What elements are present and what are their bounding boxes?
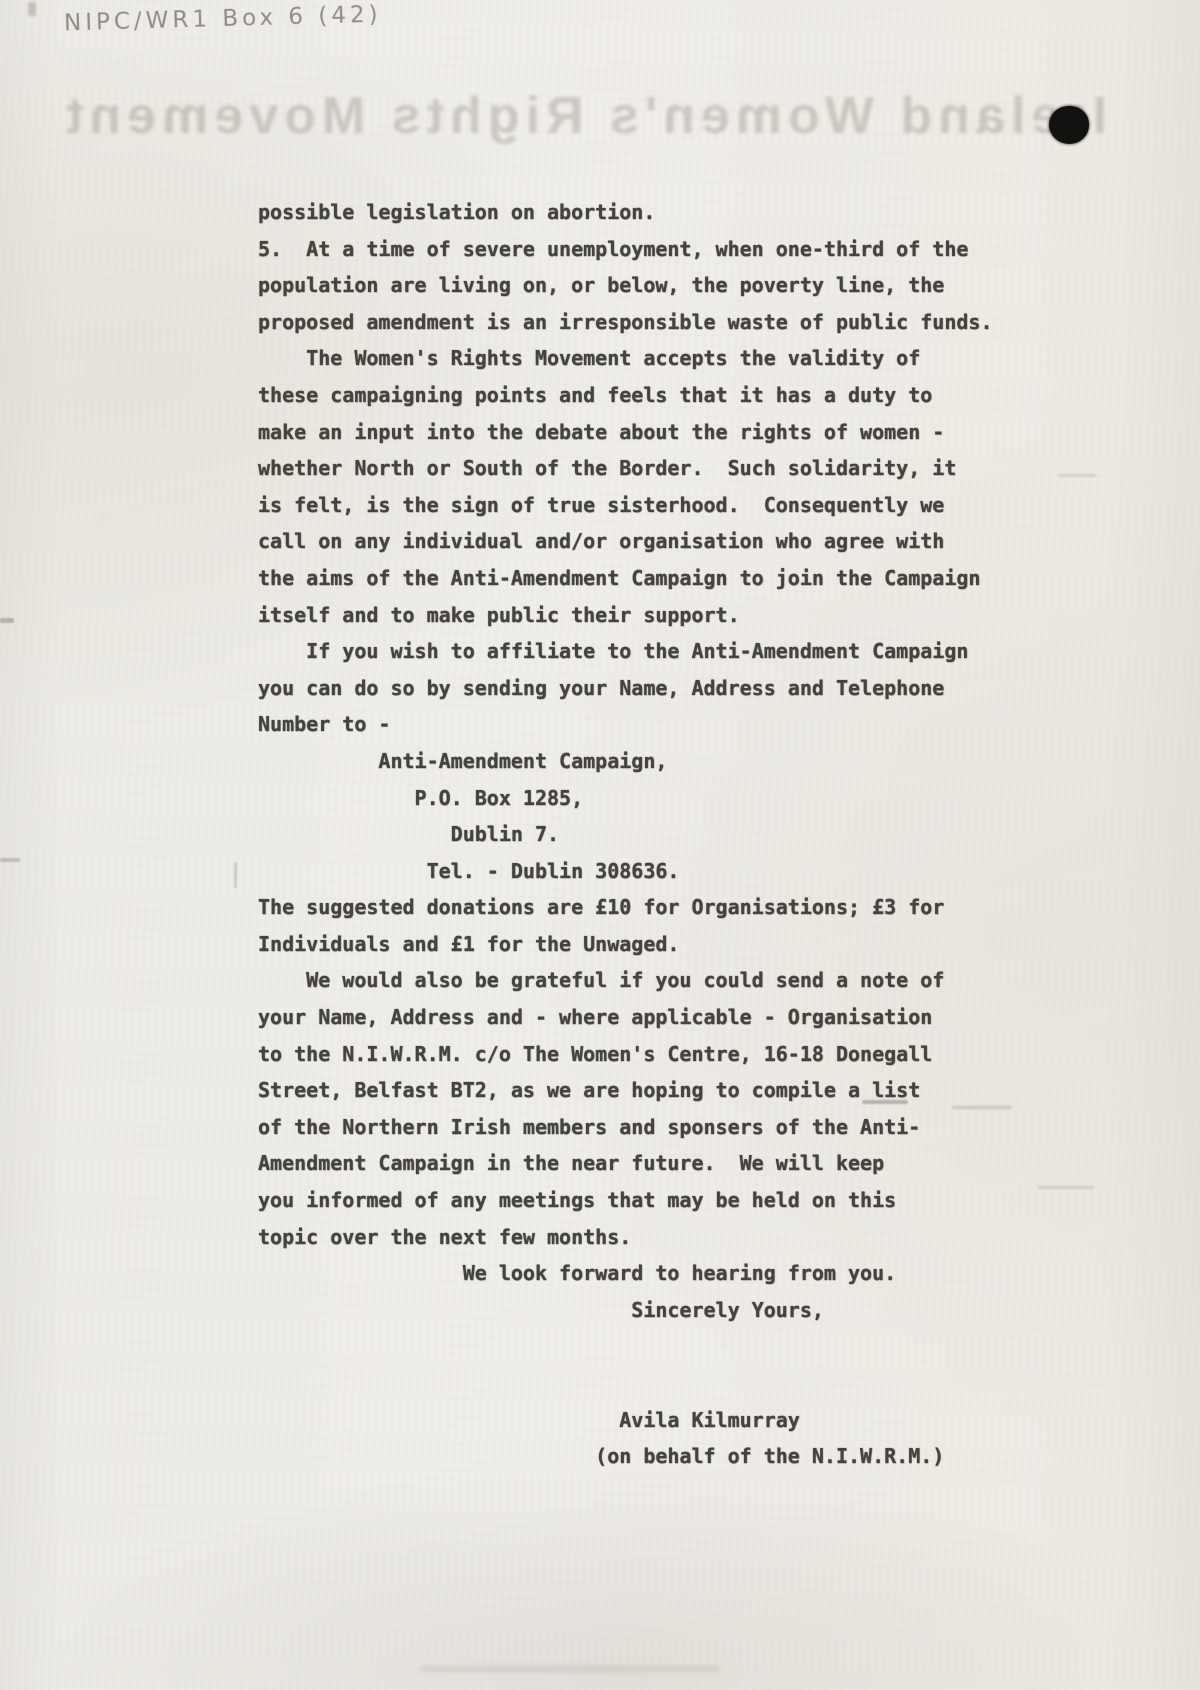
letter-line [258, 1365, 993, 1402]
letter-line: P.O. Box 1285, [258, 780, 993, 817]
letter-line: to the N.I.W.R.M. c/o The Women's Centre… [258, 1036, 993, 1073]
letter-body: possible legislation on abortion.5. At a… [258, 194, 993, 1475]
letter-line: Amendment Campaign in the near future. W… [258, 1145, 993, 1182]
letter-line: The suggested donations are £10 for Orga… [258, 889, 993, 926]
smudge-mark [1038, 1186, 1094, 1189]
letter-line: your Name, Address and - where applicabl… [258, 999, 993, 1036]
letter-line: 5. At a time of severe unemployment, whe… [258, 231, 993, 268]
scanned-letter-page: NIPC/WR1 Box 6 (42) Ireland Women's Righ… [0, 0, 1200, 1690]
letter-line: you can do so by sending your Name, Addr… [258, 670, 993, 707]
smudge-mark [420, 1666, 720, 1672]
letter-line: Avila Kilmurray [258, 1402, 993, 1439]
letter-line: these campaigning points and feels that … [258, 377, 993, 414]
letter-line: (on behalf of the N.I.W.R.M.) [258, 1438, 993, 1475]
letter-line: is felt, is the sign of true sisterhood.… [258, 487, 993, 524]
letter-line: Individuals and £1 for the Unwaged. [258, 926, 993, 963]
smudge-mark [952, 1106, 1012, 1109]
letter-line: make an input into the debate about the … [258, 414, 993, 451]
smudge-mark [28, 2, 36, 16]
letter-line: topic over the next few months. [258, 1219, 993, 1256]
letter-line: Sincerely Yours, [258, 1292, 993, 1329]
letter-line: We would also be grateful if you could s… [258, 962, 993, 999]
letter-line: Dublin 7. [258, 816, 993, 853]
letter-line: proposed amendment is an irresponsible w… [258, 304, 993, 341]
smudge-mark [0, 858, 20, 862]
letter-line: Anti-Amendment Campaign, [258, 743, 993, 780]
letter-line: itself and to make public their support. [258, 597, 993, 634]
letter-line [258, 1328, 993, 1365]
letter-line: Tel. - Dublin 308636. [258, 853, 993, 890]
smudge-mark [0, 618, 14, 623]
ghost-bleedthrough-header: Ireland Women's Rights Movement [52, 86, 1107, 146]
letter-line: you informed of any meetings that may be… [258, 1182, 993, 1219]
letter-line: population are living on, or below, the … [258, 267, 993, 304]
archive-reference-handwritten: NIPC/WR1 Box 6 (42) [64, 2, 382, 37]
smudge-mark [862, 1100, 908, 1104]
letter-line: We look forward to hearing from you. [258, 1255, 993, 1292]
letter-line: call on any individual and/or organisati… [258, 523, 993, 560]
black-dot-mark [1049, 106, 1089, 144]
letter-line: If you wish to affiliate to the Anti-Ame… [258, 633, 993, 670]
letter-line: whether North or South of the Border. Su… [258, 450, 993, 487]
letter-line: the aims of the Anti-Amendment Campaign … [258, 560, 993, 597]
smudge-mark [1058, 474, 1096, 477]
letter-line: possible legislation on abortion. [258, 194, 993, 231]
smudge-mark [234, 862, 237, 888]
letter-line: Number to - [258, 706, 993, 743]
letter-line: The Women's Rights Movement accepts the … [258, 340, 993, 377]
letter-line: of the Northern Irish members and sponse… [258, 1109, 993, 1146]
